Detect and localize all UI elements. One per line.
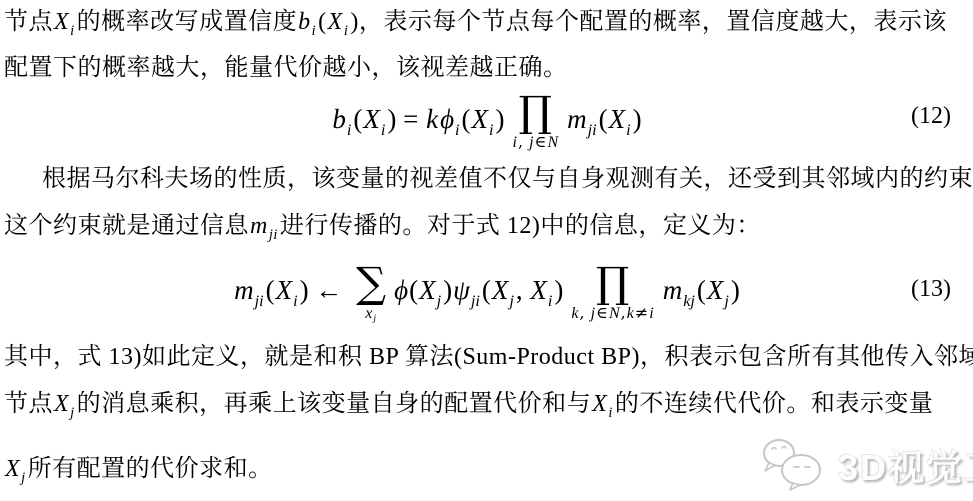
math-subscript: j — [437, 292, 442, 310]
text-run: 节点 — [4, 9, 53, 35]
math-variable: m — [663, 275, 683, 305]
math-variable: X — [592, 391, 607, 417]
text-run: 根据马尔科夫场的性质，该变量的视差值不仅与自身观测有关，还受到其邻域内的约束， — [42, 166, 973, 192]
math-subscript: j — [21, 470, 26, 486]
text-run: ) ← — [300, 275, 350, 305]
equation-12-number: (12) — [911, 103, 951, 130]
watermark-text: 3D视觉工坊 — [838, 440, 973, 491]
math-subscript: ji — [269, 227, 278, 243]
math-variable: i — [513, 134, 517, 151]
math-variable: X — [276, 275, 293, 305]
math-variable: ϕ — [440, 104, 454, 134]
paragraph-3-line-1: 其中，式 13)如此定义，就是和积 BP 算法(Sum-Product BP)，… — [4, 341, 967, 373]
text-run: 的不连续代代价。和表示变量 — [615, 391, 934, 417]
text-run: 的概率改写成置信度 — [77, 9, 298, 35]
operator-limit: i, j∈N — [512, 133, 560, 152]
paragraph-2-line-2: 这个约束就是通过信息mji进行传播的。对于式 12)中的信息，定义为： — [4, 210, 967, 242]
math-variable: X — [5, 456, 20, 482]
text-run: 的消息乘积，再乘上该变量自身的配置代价和与 — [77, 391, 592, 417]
math-subscript: i — [626, 121, 631, 139]
math-subscript: i — [312, 23, 317, 39]
text-run: ) — [554, 275, 563, 305]
text-run: ( — [318, 9, 327, 35]
operator-limit: xj — [364, 304, 378, 323]
math-variable: b — [332, 104, 346, 134]
paragraph-1-line-1: 节点Xi的概率改写成置信度bi(Xi)，表示每个节点每个配置的概率，置信度越大，… — [4, 6, 967, 38]
math-variable: j — [529, 134, 533, 151]
math-variable: X — [707, 275, 724, 305]
equation-13-body: mji(Xi) ← ∑xjϕ(Xj)ψji(Xj, Xi)∏k, j∈N,k≠i… — [233, 263, 740, 322]
text-run: ( — [697, 275, 706, 305]
math-variable: j — [591, 305, 595, 322]
text-run: )，表示每个节点每个配置的概率，置信度越大，表示该 — [350, 9, 947, 35]
math-variable: X — [609, 104, 626, 134]
text-run: ) = — [387, 104, 425, 134]
math-variable: m — [567, 104, 587, 134]
big-operator: ∏k, j∈N,k≠i — [570, 263, 654, 322]
text-run: 其中，式 13)如此定义，就是和积 BP 算法(Sum-Product BP)，… — [4, 344, 973, 370]
math-subscript: ji — [588, 121, 597, 139]
text-run: ) — [443, 275, 452, 305]
math-subscript: ji — [255, 292, 264, 310]
text-run: ∈ — [596, 303, 608, 322]
watermark: 3D视觉工坊 — [760, 437, 973, 493]
text-run: ) — [496, 104, 505, 134]
equation-13: mji(Xi) ← ∑xjϕ(Xj)ψji(Xj, Xi)∏k, j∈N,k≠i… — [0, 263, 973, 322]
math-subscript: j — [373, 313, 376, 324]
text-run: ( — [482, 275, 491, 305]
text-run: ( — [353, 104, 362, 134]
math-variable: X — [492, 275, 509, 305]
text-run: ) — [633, 104, 642, 134]
math-subscript: j — [724, 292, 729, 310]
operator-symbol: ∑ — [356, 263, 386, 303]
document-page: 节点Xi的概率改写成置信度bi(Xi)，表示每个节点每个配置的概率，置信度越大，… — [0, 0, 973, 501]
math-variable: b — [298, 9, 311, 35]
text-run: , — [621, 303, 626, 322]
math-subscript: j — [509, 292, 514, 310]
math-variable: X — [472, 104, 489, 134]
math-variable: k — [426, 104, 438, 134]
operator-limit: k, j∈N,k≠i — [570, 304, 654, 323]
paragraph-2-line-1: 根据马尔科夫场的性质，该变量的视差值不仅与自身观测有关，还受到其邻域内的约束， — [4, 163, 967, 195]
math-subscript: kj — [683, 292, 695, 310]
text-run: , — [579, 303, 589, 322]
text-run: 节点 — [4, 391, 53, 417]
math-subscript: i — [455, 121, 460, 139]
math-subscript: i — [347, 121, 352, 139]
math-subscript: j — [70, 405, 75, 421]
operator-symbol: ∏ — [596, 263, 629, 303]
text-run: ≠ — [635, 303, 648, 322]
text-run: , — [516, 275, 530, 305]
math-variable: i — [649, 305, 653, 322]
math-variable: m — [234, 275, 254, 305]
equation-13-number: (13) — [911, 276, 951, 303]
wechat-chat-bubbles-icon — [760, 437, 828, 493]
math-subscript: i — [608, 405, 613, 421]
math-subscript: i — [344, 23, 349, 39]
text-run: ( — [266, 275, 275, 305]
math-variable: N — [547, 134, 558, 151]
math-subscript: ji — [471, 292, 480, 310]
big-operator: ∑xj — [356, 263, 386, 322]
text-run: 所有配置的代价求和。 — [28, 456, 273, 482]
text-run: , — [518, 132, 528, 151]
text-run: ∈ — [535, 132, 547, 151]
text-run: 进行传播的。对于式 12)中的信息，定义为： — [280, 213, 761, 239]
text-run: ) — [731, 275, 740, 305]
paragraph-3-line-2: 节点Xj的消息乘积，再乘上该变量自身的配置代价和与Xi的不连续代代价。和表示变量 — [4, 388, 967, 420]
math-variable: m — [250, 213, 268, 239]
text-run: ( — [599, 104, 608, 134]
math-subscript: i — [548, 292, 553, 310]
math-variable: X — [419, 275, 436, 305]
math-variable: X — [54, 391, 69, 417]
operator-symbol: ∏ — [519, 92, 552, 132]
math-subscript: i — [489, 121, 494, 139]
text-run: ( — [409, 275, 418, 305]
equation-12: bi(Xi) = kϕi(Xi)∏i, j∈Nmji(Xi) — [0, 92, 973, 151]
math-variable: X — [363, 104, 380, 134]
math-subscript: i — [293, 292, 298, 310]
text-run: 这个约束就是通过信息 — [4, 213, 249, 239]
math-variable: X — [530, 275, 547, 305]
math-subscript: i — [70, 23, 75, 39]
paragraph-1-line-2: 配置下的概率越大，能量代价越小，该视差越正确。 — [4, 52, 967, 84]
math-variable: ψ — [453, 275, 470, 305]
math-subscript: i — [381, 121, 386, 139]
math-variable: ϕ — [394, 275, 408, 305]
math-variable: N — [609, 305, 620, 322]
text-run: ( — [462, 104, 471, 134]
math-variable: k — [571, 305, 578, 322]
big-operator: ∏i, j∈N — [512, 92, 560, 151]
math-variable: x — [365, 305, 372, 322]
text-run: 配置下的概率越大，能量代价越小，该视差越正确。 — [4, 55, 568, 81]
equation-12-body: bi(Xi) = kϕi(Xi)∏i, j∈Nmji(Xi) — [331, 92, 641, 151]
math-variable: X — [54, 9, 69, 35]
math-variable: k — [627, 305, 634, 322]
math-variable: X — [328, 9, 343, 35]
